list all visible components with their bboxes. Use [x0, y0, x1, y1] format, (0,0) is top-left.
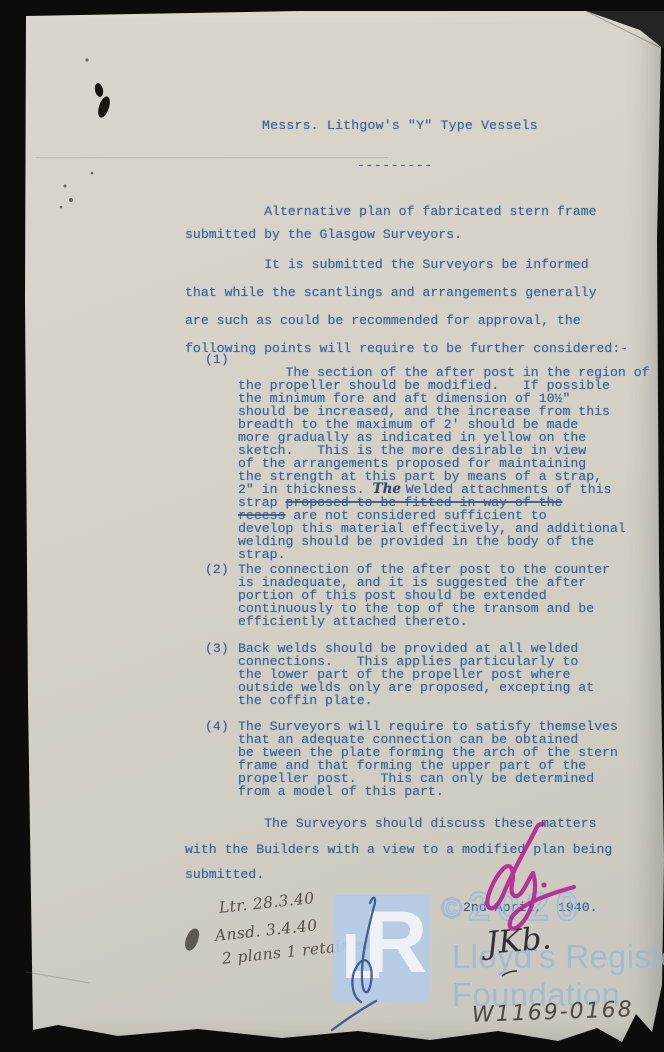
- divider-dashes: ---------: [357, 159, 433, 172]
- watermark-lloyds-register: Lloyd's Register: [452, 938, 664, 976]
- list-item-2: (2) The connection of the after post to …: [205, 563, 650, 628]
- list-item-3: (3) Back welds should be provided at all…: [205, 642, 650, 707]
- item-text-segment: The section of the after post in the reg…: [238, 365, 650, 497]
- surveyor-initials-ink: JKb.: [485, 920, 553, 962]
- intro-paragraph-1: Alternative plan of fabricated stern fra…: [185, 200, 655, 246]
- item-number: (2): [205, 563, 238, 628]
- item-number: (3): [205, 642, 238, 707]
- list-item-4: (4) The Surveyors will require to satisf…: [205, 720, 650, 798]
- page-title: Messrs. Lithgow's "Y" Type Vessels: [262, 119, 538, 132]
- closing-paragraph: The Surveyors should discuss these matte…: [185, 811, 655, 888]
- item-text: The connection of the after post to the …: [238, 563, 650, 628]
- item-number: (1): [205, 353, 238, 574]
- list-item-1: (1) The section of the after post in the…: [205, 353, 650, 574]
- scanned-document: Messrs. Lithgow's "Y" Type Vessels -----…: [0, 0, 664, 1052]
- lloyds-register-logo: L R: [333, 895, 430, 1002]
- item-text: The Surveyors will require to satisfy th…: [238, 720, 650, 798]
- item-text: Back welds should be provided at all wel…: [238, 642, 650, 707]
- item-text-segment: are not considered sufficient to develop…: [238, 508, 626, 562]
- item-text: The section of the after post in the reg…: [238, 353, 650, 574]
- logo-letter-r: R: [364, 898, 428, 986]
- item-number: (4): [205, 720, 238, 798]
- intro-paragraph-2: It is submitted the Surveyors be informe…: [185, 251, 655, 363]
- copyright-symbol-watermark: ©: [441, 893, 462, 926]
